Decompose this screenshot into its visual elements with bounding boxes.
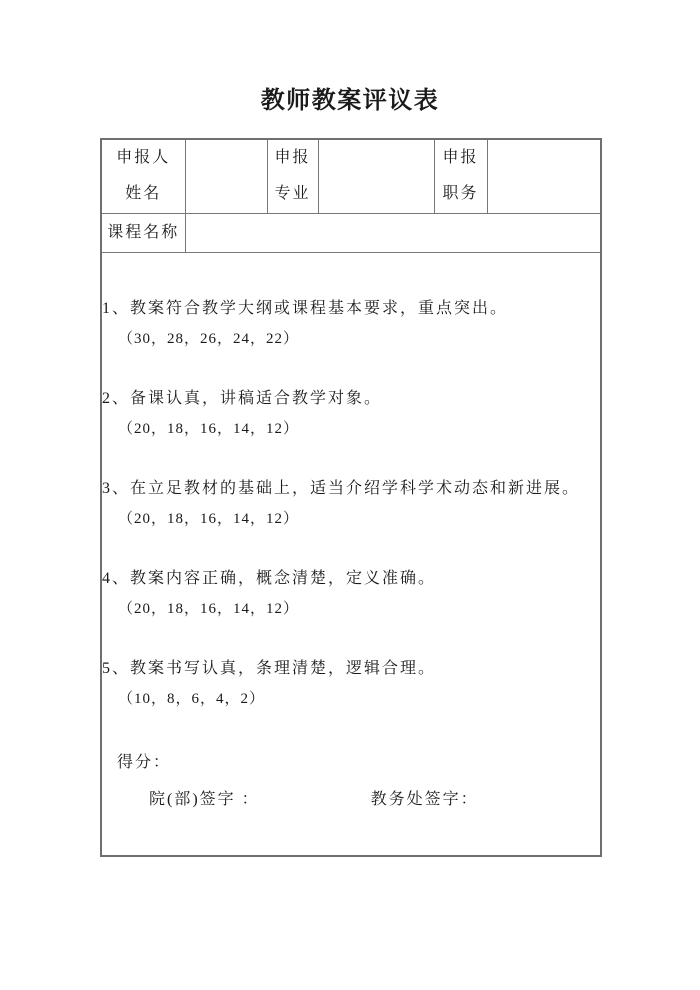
- criterion-scores: （20，18，16，14，12）: [102, 504, 600, 535]
- criterion-text: 5、教案书写认真，条理清楚，逻辑合理。: [102, 653, 600, 684]
- applicant-name-label: 申报人 姓名: [101, 139, 185, 213]
- course-name-label: 课程名称: [101, 213, 185, 252]
- criterion-scores: （10，8，6，4，2）: [102, 684, 600, 715]
- signature-row: 院(部)签字 ： 教务处签字：: [102, 784, 600, 815]
- position-label-line2: 职务: [435, 176, 487, 212]
- criterion-scores: （30，28，26，24，22）: [102, 324, 600, 355]
- criterion-scores: （20，18，16，14，12）: [102, 594, 600, 625]
- applicant-name-label-line2: 姓名: [102, 176, 185, 212]
- criteria-cell: 1、教案符合教学大纲或课程基本要求，重点突出。 （30，28，26，24，22）…: [101, 252, 601, 856]
- document-page: 教师教案评议表 申报人 姓名 申报 专业 申报 职务: [0, 0, 700, 990]
- criterion-item: 3、在立足教材的基础上，适当介绍学科学术动态和新进展。 （20，18，16，14…: [102, 473, 600, 535]
- applicant-name-label-line1: 申报人: [102, 140, 185, 176]
- score-label: 得分：: [102, 747, 600, 778]
- header-row: 申报人 姓名 申报 专业 申报 职务: [101, 139, 601, 213]
- criterion-item: 2、备课认真，讲稿适合教学对象。 （20，18，16，14，12）: [102, 383, 600, 445]
- applicant-name-value: [185, 139, 267, 213]
- office-signature-label: 教务处签字：: [371, 784, 479, 815]
- criterion-text: 3、在立足教材的基础上，适当介绍学科学术动态和新进展。: [102, 473, 600, 504]
- criterion-item: 1、教案符合教学大纲或课程基本要求，重点突出。 （30，28，26，24，22）: [102, 293, 600, 355]
- major-label: 申报 专业: [267, 139, 318, 213]
- criterion-item: 5、教案书写认真，条理清楚，逻辑合理。 （10，8，6，4，2）: [102, 653, 600, 715]
- criterion-text: 1、教案符合教学大纲或课程基本要求，重点突出。: [102, 293, 600, 324]
- criterion-text: 2、备课认真，讲稿适合教学对象。: [102, 383, 600, 414]
- page-title: 教师教案评议表: [0, 86, 700, 117]
- course-name-value: [185, 213, 601, 252]
- position-label-line1: 申报: [435, 140, 487, 176]
- criterion-item: 4、教案内容正确，概念清楚，定义准确。 （20，18，16，14，12）: [102, 563, 600, 625]
- position-value: [487, 139, 601, 213]
- course-name-row: 课程名称: [101, 213, 601, 252]
- criterion-scores: （20，18，16，14，12）: [102, 414, 600, 445]
- criteria-row: 1、教案符合教学大纲或课程基本要求，重点突出。 （30，28，26，24，22）…: [101, 252, 601, 856]
- major-label-line1: 申报: [268, 140, 318, 176]
- criterion-text: 4、教案内容正确，概念清楚，定义准确。: [102, 563, 600, 594]
- evaluation-form-table: 申报人 姓名 申报 专业 申报 职务 课程名称 1、教案符合教学大纲或课程基本要…: [100, 138, 602, 857]
- dept-signature-label: 院(部)签字 ：: [149, 784, 260, 815]
- position-label: 申报 职务: [434, 139, 487, 213]
- major-value: [318, 139, 434, 213]
- major-label-line2: 专业: [268, 176, 318, 212]
